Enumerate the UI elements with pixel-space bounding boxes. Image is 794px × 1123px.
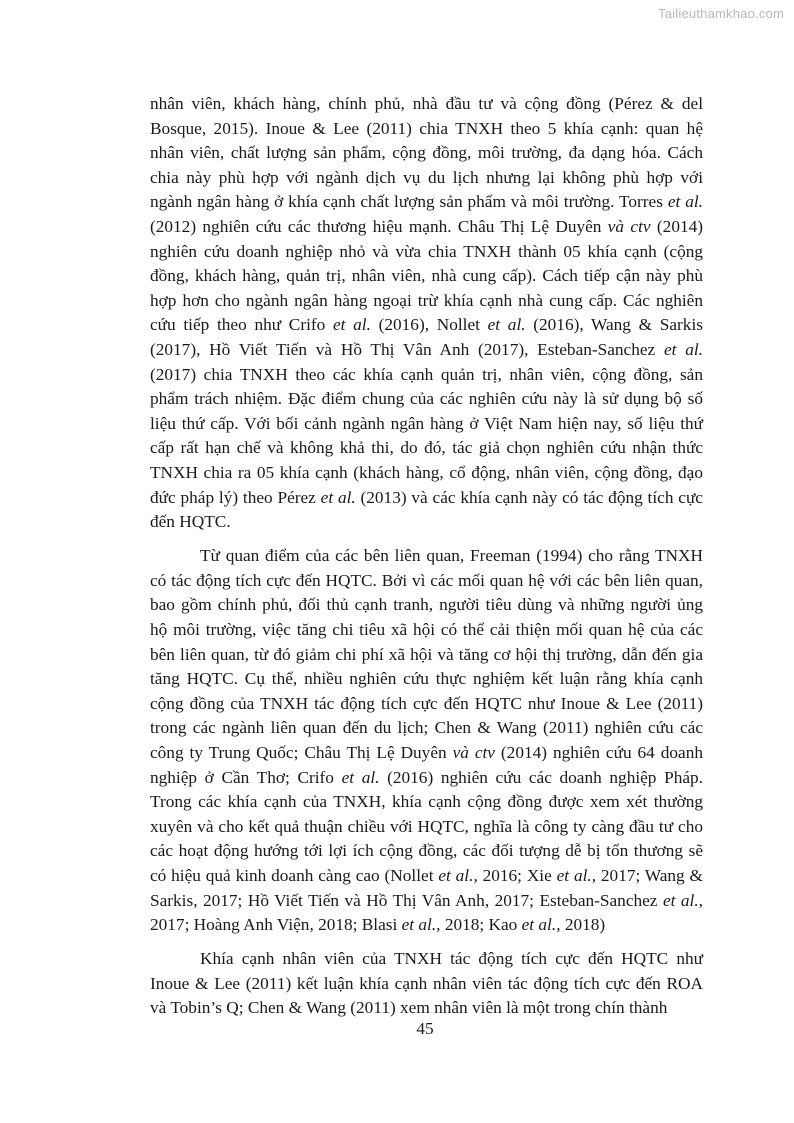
text-run: bên liên quan, từ đó giảm chi phí xã hội…: [150, 645, 703, 664]
italic-text: et al.: [342, 768, 380, 787]
text-line: (2017) chia TNXH theo các khía cạnh quản…: [150, 363, 703, 388]
text-line: đức pháp lý) theo Pérez et al. (2013) và…: [150, 486, 703, 511]
text-run: tăng HQTC. Cụ thể, nhiều nghiên cứu thực…: [150, 669, 703, 688]
text-run: công ty Trung Quốc; Châu Thị Lệ Duyên: [150, 743, 453, 762]
text-run: có tác động tích cực đến HQTC. Bởi vì cá…: [150, 571, 703, 590]
text-run: hợp hơn cho ngành ngân hàng ngoại trừ kh…: [150, 291, 703, 310]
text-line: chia này phù hợp với ngành dịch vụ du lị…: [150, 166, 703, 191]
text-line: đồng, khách hàng, quản trị, nhân viên, n…: [150, 264, 703, 289]
italic-text: et al.: [664, 340, 703, 359]
text-run: Bosque, 2015). Inoue & Lee (2011) chia T…: [150, 119, 703, 138]
text-run: nhân viên, chất lượng sản phẩm, cộng đồn…: [150, 143, 703, 162]
text-run: (2014): [651, 217, 703, 236]
text-line: trong các ngành liên quan đến du lịch; C…: [150, 716, 703, 741]
text-run: trong các ngành liên quan đến du lịch; C…: [150, 718, 703, 737]
text-line: và Tobin’s Q; Chen & Wang (2011) xem nhâ…: [150, 996, 703, 1021]
text-run: (2017), Hồ Viết Tiến và Hồ Thị Vân Anh (…: [150, 340, 664, 359]
text-line: nghiên cứu doanh nghiệp nhỏ và vừa chia …: [150, 240, 703, 265]
text-line: Sarkis, 2017; Hồ Viết Tiến và Hồ Thị Vân…: [150, 889, 703, 914]
italic-text: et al.: [438, 866, 473, 885]
text-line: nhân viên, chất lượng sản phẩm, cộng đồn…: [150, 141, 703, 166]
text-line: Inoue & Lee (2011) kết luận khía cạnh nh…: [150, 972, 703, 997]
text-run: Sarkis, 2017; Hồ Viết Tiến và Hồ Thị Vân…: [150, 891, 663, 910]
text-line: phẩm trách nhiệm. Đặc điểm chung của các…: [150, 387, 703, 412]
text-line: TNXH chia ra 05 khía cạnh (khách hàng, c…: [150, 461, 703, 486]
text-run: , 2018): [556, 915, 605, 934]
text-run: các hoạt động hướng tới lợi ích cộng đồn…: [150, 841, 703, 860]
text-run: (2013) và các khía cạnh này có tác động …: [356, 488, 703, 507]
text-run: phẩm trách nhiệm. Đặc điểm chung của các…: [150, 389, 703, 408]
text-line: bao gồm chính phủ, đối thủ cạnh tranh, n…: [150, 593, 703, 618]
italic-text: et al.: [321, 488, 356, 507]
text-run: , 2017; Wang &: [592, 866, 703, 885]
text-run: và Tobin’s Q; Chen & Wang (2011) xem nhâ…: [150, 998, 667, 1017]
text-run: bao gồm chính phủ, đối thủ cạnh tranh, n…: [150, 595, 703, 614]
italic-text: et al.: [333, 315, 371, 334]
text-line: ngành ngân hàng ở khía cạnh chất lượng s…: [150, 190, 703, 215]
text-run: (2016), Wang & Sarkis: [526, 315, 703, 334]
italic-text: và ctv: [453, 743, 495, 762]
text-run: (2017) chia TNXH theo các khía cạnh quản…: [150, 365, 703, 384]
text-line: có hiệu quả kinh doanh càng cao (Nollet …: [150, 864, 703, 889]
text-run: (2012) nghiên cứu các thương hiệu mạnh. …: [150, 217, 608, 236]
text-line: (2012) nghiên cứu các thương hiệu mạnh. …: [150, 215, 703, 240]
text-line: Trong các khía cạnh của TNXH, khía cạnh …: [150, 790, 703, 815]
text-line: các hoạt động hướng tới lợi ích cộng đồn…: [150, 839, 703, 864]
text-line: bên liên quan, từ đó giảm chi phí xã hội…: [150, 643, 703, 668]
text-run: Trong các khía cạnh của TNXH, khía cạnh …: [150, 792, 703, 811]
text-run: nghiệp ở Cần Thơ; Crifo: [150, 768, 342, 787]
italic-text: et al.: [668, 192, 703, 211]
text-line: cộng đồng của TNXH tác động tích cực đến…: [150, 692, 703, 717]
watermark: Tailieuthamkhao.com: [658, 6, 784, 21]
text-line: tăng HQTC. Cụ thể, nhiều nghiên cứu thực…: [150, 667, 703, 692]
text-run: (2016) nghiên cứu các doanh nghiệp Pháp.: [379, 768, 703, 787]
text-run: nhân viên, khách hàng, chính phủ, nhà đầ…: [150, 94, 703, 113]
text-run: cấp rất hạn chế và không khả thi, do đó,…: [150, 438, 703, 457]
text-run: cộng đồng của TNXH tác động tích cực đến…: [150, 694, 703, 713]
italic-text: et al.,: [402, 915, 441, 934]
text-run: có hiệu quả kinh doanh càng cao (Nollet: [150, 866, 438, 885]
paragraph: Từ quan điểm của các bên liên quan, Free…: [150, 544, 703, 938]
text-run: nghiên cứu doanh nghiệp nhỏ và vừa chia …: [150, 242, 703, 261]
italic-text: et al.: [663, 891, 699, 910]
text-line: nghiệp ở Cần Thơ; Crifo et al. (2016) ng…: [150, 766, 703, 791]
page-number: 45: [0, 1019, 794, 1039]
paragraph: nhân viên, khách hàng, chính phủ, nhà đầ…: [150, 92, 703, 535]
text-run: ,: [699, 891, 703, 910]
italic-text: et al.: [522, 915, 557, 934]
text-run: đức pháp lý) theo Pérez: [150, 488, 321, 507]
italic-text: et al.: [488, 315, 526, 334]
italic-text: et al.: [557, 866, 592, 885]
text-run: cứu tiếp theo như Crifo: [150, 315, 333, 334]
text-line: Từ quan điểm của các bên liên quan, Free…: [150, 544, 703, 569]
text-run: chia này phù hợp với ngành dịch vụ du lị…: [150, 168, 703, 187]
text-line: nhân viên, khách hàng, chính phủ, nhà đầ…: [150, 92, 703, 117]
text-line: cứu tiếp theo như Crifo et al. (2016), N…: [150, 313, 703, 338]
text-run: xuyên và cho kết quả thuận chiều với HQT…: [150, 817, 703, 836]
paragraph: Khía cạnh nhân viên của TNXH tác động tí…: [150, 947, 703, 1021]
text-line: cấp rất hạn chế và không khả thi, do đó,…: [150, 436, 703, 461]
text-line: hợp hơn cho ngành ngân hàng ngoại trừ kh…: [150, 289, 703, 314]
text-line: xuyên và cho kết quả thuận chiều với HQT…: [150, 815, 703, 840]
text-line: Bosque, 2015). Inoue & Lee (2011) chia T…: [150, 117, 703, 142]
text-line: hộ môi trường, việc tăng chi tiêu xã hội…: [150, 618, 703, 643]
text-run: 2018; Kao: [441, 915, 522, 934]
text-line: liệu thứ cấp. Với bối cảnh ngành ngân hà…: [150, 412, 703, 437]
italic-text: và ctv: [608, 217, 651, 236]
text-run: hộ môi trường, việc tăng chi tiêu xã hội…: [150, 620, 703, 639]
text-line: công ty Trung Quốc; Châu Thị Lệ Duyên và…: [150, 741, 703, 766]
text-run: (2016), Nollet: [371, 315, 488, 334]
text-run: (2014) nghiên cứu 64 doanh: [495, 743, 703, 762]
text-run: ngành ngân hàng ở khía cạnh chất lượng s…: [150, 192, 668, 211]
document-body: nhân viên, khách hàng, chính phủ, nhà đầ…: [150, 92, 703, 1030]
text-line: Khía cạnh nhân viên của TNXH tác động tí…: [150, 947, 703, 972]
text-run: TNXH chia ra 05 khía cạnh (khách hàng, c…: [150, 463, 703, 482]
text-line: có tác động tích cực đến HQTC. Bởi vì cá…: [150, 569, 703, 594]
text-run: đồng, khách hàng, quản trị, nhân viên, n…: [150, 266, 703, 285]
text-run: liệu thứ cấp. Với bối cảnh ngành ngân hà…: [150, 414, 703, 433]
text-run: Từ quan điểm của các bên liên quan, Free…: [200, 546, 703, 565]
text-line: đến HQTC.: [150, 510, 703, 535]
text-line: 2017; Hoàng Anh Viện, 2018; Blasi et al.…: [150, 913, 703, 938]
text-run: 2017; Hoàng Anh Viện, 2018; Blasi: [150, 915, 402, 934]
text-run: , 2016; Xie: [473, 866, 556, 885]
text-run: Inoue & Lee (2011) kết luận khía cạnh nh…: [150, 974, 703, 993]
text-run: Khía cạnh nhân viên của TNXH tác động tí…: [200, 949, 703, 968]
text-run: đến HQTC.: [150, 512, 231, 531]
text-line: (2017), Hồ Viết Tiến và Hồ Thị Vân Anh (…: [150, 338, 703, 363]
